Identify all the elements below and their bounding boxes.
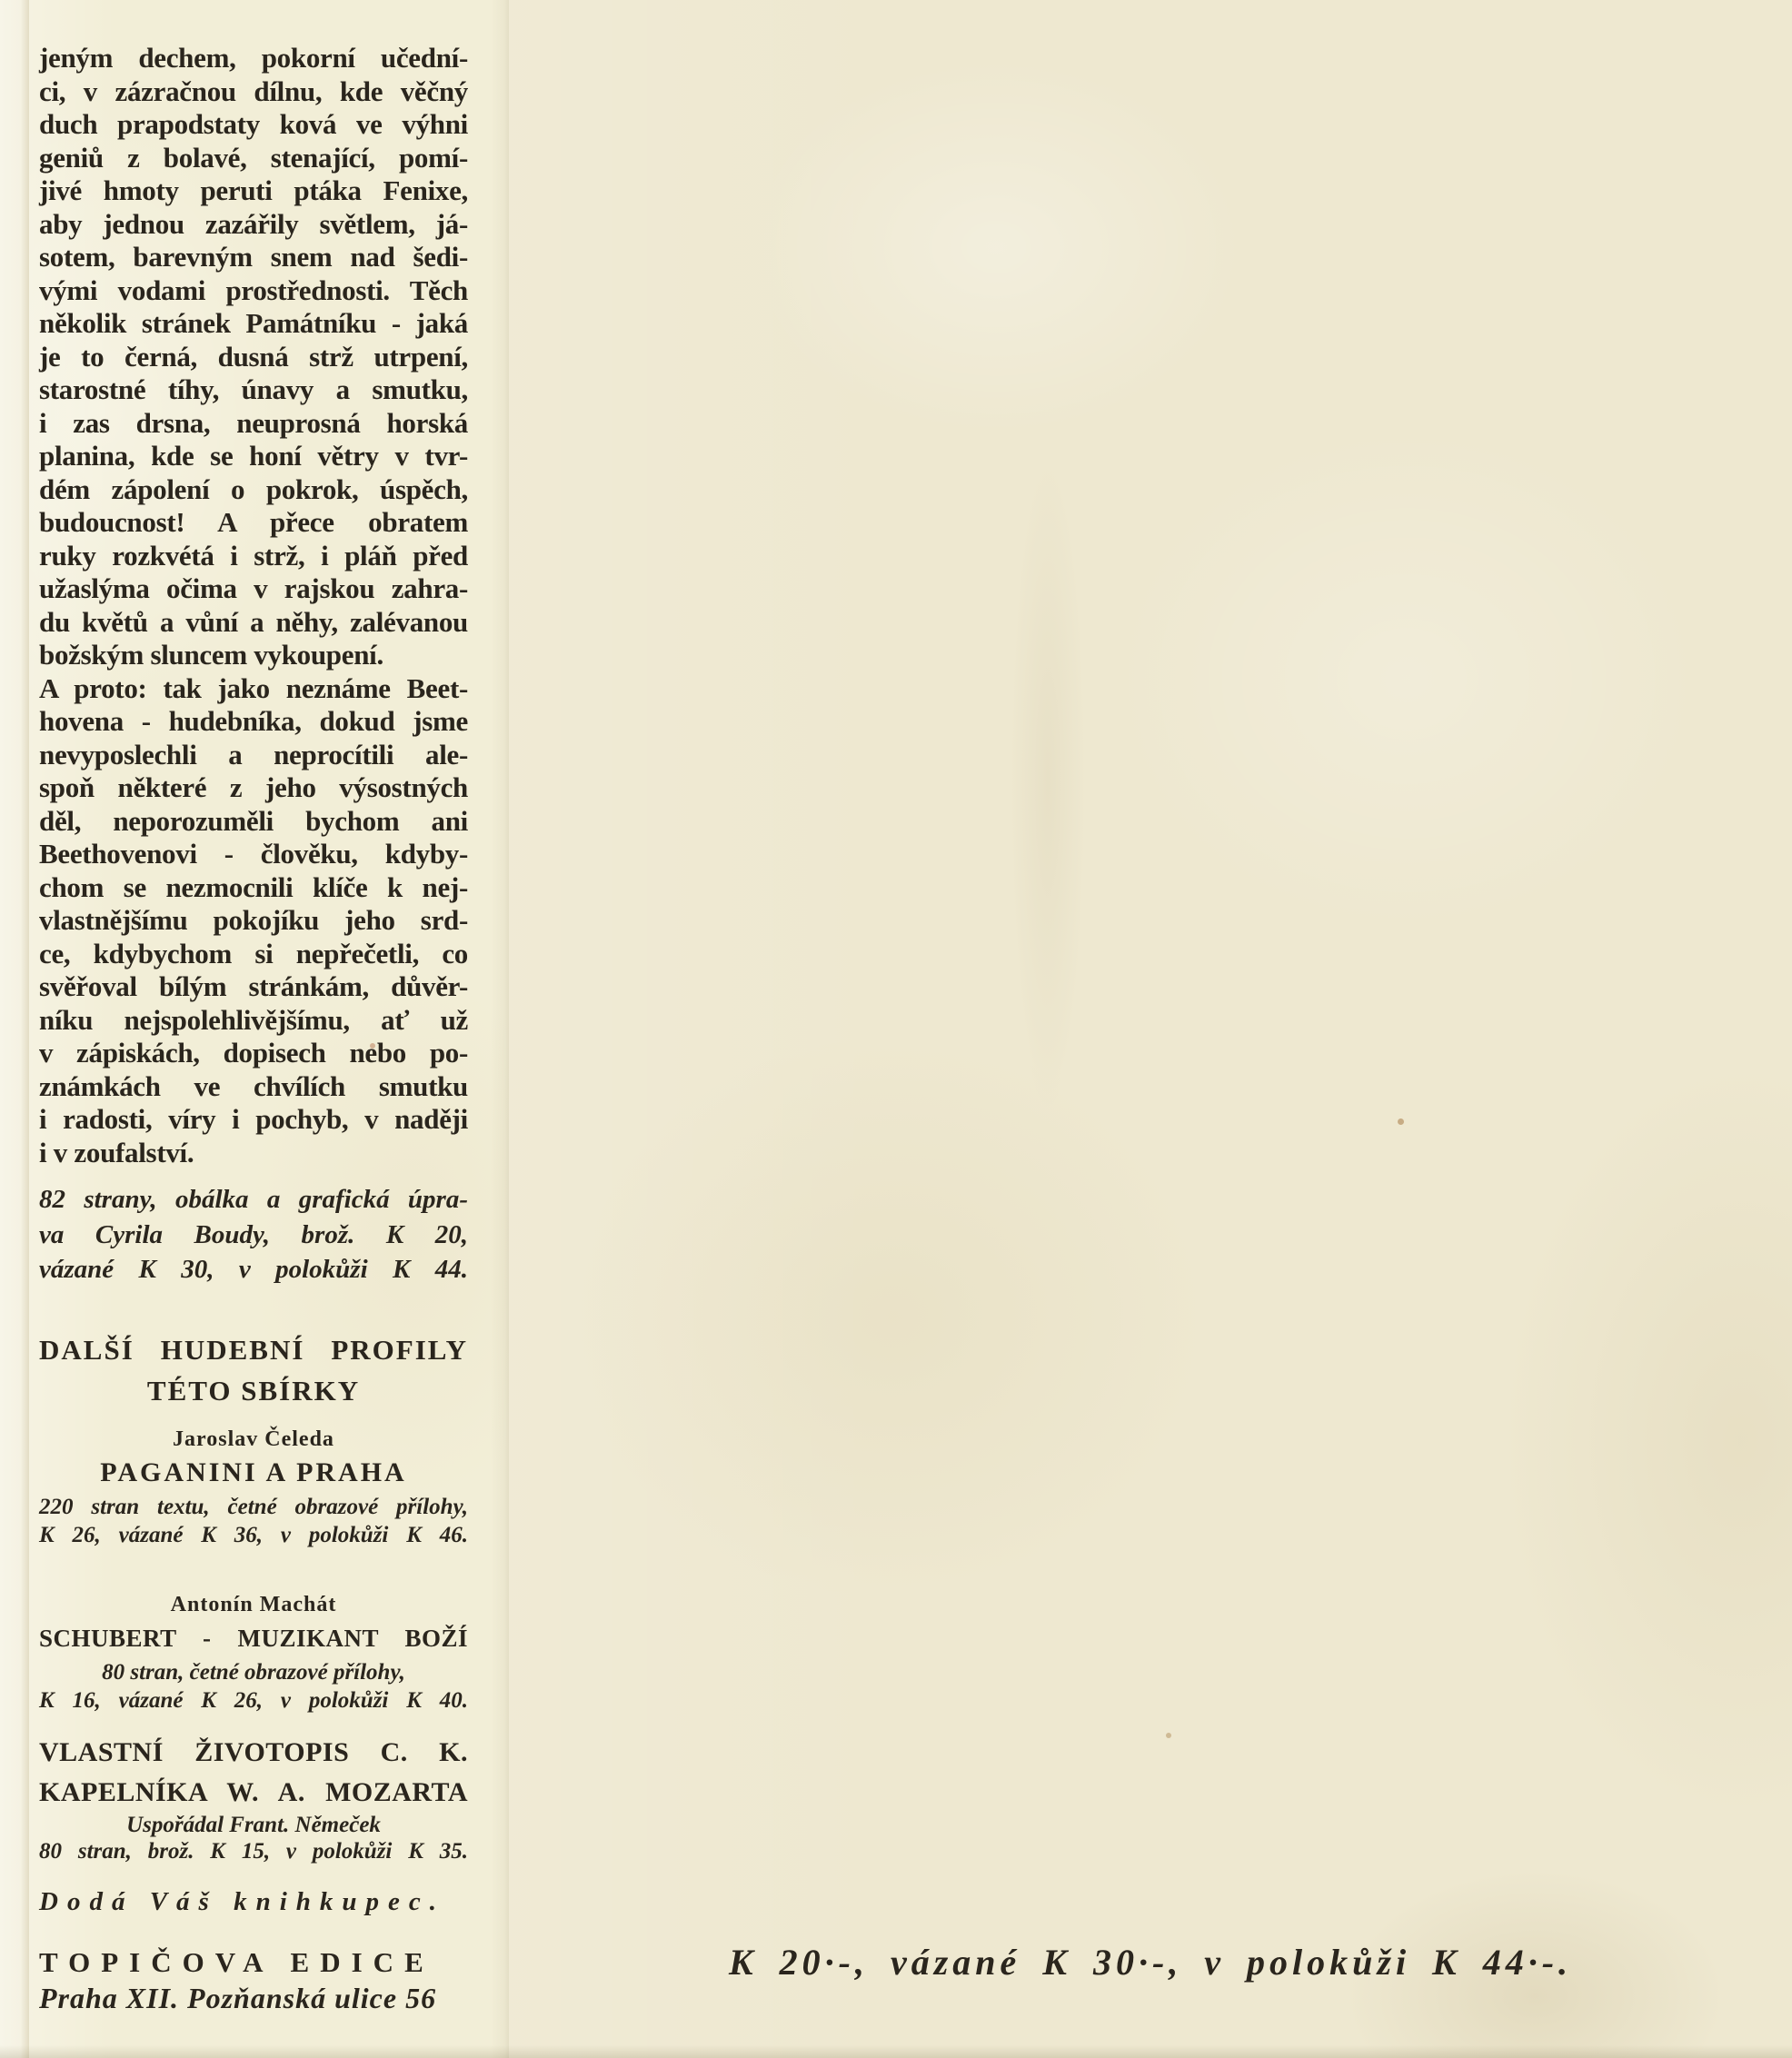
text-line: několik stránek Památníku - jaká xyxy=(39,307,468,341)
text-line: geniů z bolavé, stenající, pomí- xyxy=(39,142,468,175)
text-line: budoucnost! A přece obratem xyxy=(39,506,468,540)
series-heading: DALŠÍ HUDEBNÍ PROFILY TÉTO SBÍRKY xyxy=(39,1329,468,1411)
flap-blurb-paragraph-1: jeným dechem, pokorní učední-ci, v zázra… xyxy=(39,42,468,672)
text-line: aby jednou zazářily světlem, já- xyxy=(39,208,468,242)
text-line: Beethovenovi - člověku, kdyby- xyxy=(39,838,468,871)
text-line: Uspořádal Frant. Němeček xyxy=(39,1813,468,1837)
bookseller-note: Dodá Váš knihkupec. xyxy=(39,1885,468,1918)
text-line: 82 strany, obálka a grafická úpra- xyxy=(39,1182,468,1218)
text-line: božským sluncem vykoupení. xyxy=(39,639,468,672)
text-line: užaslýma očima v rajskou zahra- xyxy=(39,572,468,606)
text-line: 80 stran, četné obrazové přílohy, xyxy=(39,1658,468,1686)
text-line: sotem, barevným snem nad šedi- xyxy=(39,241,468,274)
book-details: 80 stran, četné obrazové přílohy,K 16, v… xyxy=(39,1658,468,1715)
text-line: dém zápolení o pokrok, úspěch, xyxy=(39,473,468,507)
back-price-line: K 20·-, vázané K 30·-, v polokůži K 44·-… xyxy=(509,1937,1792,1988)
flap-text-column: jeným dechem, pokorní učední-ci, v zázra… xyxy=(39,42,468,2014)
text-line: starostné tíhy, únavy a smutku, xyxy=(39,373,468,407)
text-line: duch prapodstaty ková ve výhni xyxy=(39,108,468,142)
book-entry-mozart: VLASTNÍ ŽIVOTOPIS C. K.KAPELNÍKA W. A. M… xyxy=(39,1733,468,1865)
book-author: Jaroslav Čeleda xyxy=(39,1426,468,1453)
text-line: KAPELNÍKA W. A. MOZARTA xyxy=(39,1773,468,1813)
text-line: 80 stran, brož. K 15, v polokůži K 35. xyxy=(39,1837,468,1865)
text-line: K 16, vázané K 26, v polokůži K 40. xyxy=(39,1686,468,1715)
book-details: 220 stran textu, četné obrazové přílohy,… xyxy=(39,1493,468,1549)
book-details: Uspořádal Frant. Němeček80 stran, brož. … xyxy=(39,1813,468,1865)
book-entry-schubert: Antonín Machát SCHUBERT - MUZIKANT BOŽÍ … xyxy=(39,1591,468,1715)
text-line: hovena - hudebníka, dokud jsme xyxy=(39,705,468,739)
text-line: svěřoval bílým stránkám, důvěr- xyxy=(39,970,468,1004)
text-line: ruky rozkvétá i strž, i pláň před xyxy=(39,540,468,573)
text-line: i zas drsna, neuprosná horská xyxy=(39,407,468,441)
text-line: jivé hmoty peruti ptáka Fenixe, xyxy=(39,174,468,208)
text-line: chom se nezmocnili klíče k nej- xyxy=(39,871,468,905)
text-line: v zápiskách, dopisech nebo po- xyxy=(39,1037,468,1070)
text-line: i v zoufalství. xyxy=(39,1137,468,1170)
imprint-name: TOPIČOVA EDICE xyxy=(39,1944,468,1982)
text-line: K 26, vázané K 36, v polokůži K 46. xyxy=(39,1521,468,1549)
book-author: Antonín Machát xyxy=(39,1591,468,1618)
text-line: je to černá, dusná strž utrpení, xyxy=(39,341,468,374)
series-heading-line-2: TÉTO SBÍRKY xyxy=(39,1370,468,1411)
book-jacket-scan: { "flap": { "main_text": { "paragraphs":… xyxy=(0,0,1792,2058)
text-line: A proto: tak jako neznáme Beet- xyxy=(39,672,468,706)
series-heading-line-1: DALŠÍ HUDEBNÍ PROFILY xyxy=(39,1329,468,1370)
text-line: 220 stran textu, četné obrazové přílohy, xyxy=(39,1493,468,1521)
imprint-address: Praha XII. Pozňanská ulice 56 xyxy=(39,1982,468,2014)
text-line: nevyposlechli a neprocítili ale- xyxy=(39,739,468,772)
book-entry-paganini: Jaroslav Čeleda PAGANINI A PRAHA 220 str… xyxy=(39,1426,468,1549)
jacket-left-paper-edge xyxy=(0,0,29,2058)
text-line: planina, kde se honí větry v tvr- xyxy=(39,440,468,473)
jacket-back-panel: K 20·-, vázané K 30·-, v polokůži K 44·-… xyxy=(509,0,1792,2058)
flap-colophon: 82 strany, obálka a grafická úpra-va Cyr… xyxy=(39,1182,468,1287)
text-line: du květů a vůní a něhy, zalévanou xyxy=(39,606,468,640)
text-line: jeným dechem, pokorní učední- xyxy=(39,42,468,75)
text-line: vými vodami prostřednosti. Těch xyxy=(39,274,468,308)
text-line: spoň některé z jeho výsostných xyxy=(39,771,468,805)
text-line: ce, kdybychom si nepřečetli, co xyxy=(39,938,468,971)
text-line: VLASTNÍ ŽIVOTOPIS C. K. xyxy=(39,1733,468,1773)
flap-blurb-paragraph-2: A proto: tak jako neznáme Beet-hovena - … xyxy=(39,672,468,1170)
text-line: vázané K 30, v polokůži K 44. xyxy=(39,1252,468,1287)
book-title: PAGANINI A PRAHA xyxy=(39,1453,468,1493)
text-line: ci, v zázračnou dílnu, kde věčný xyxy=(39,75,468,109)
book-title: VLASTNÍ ŽIVOTOPIS C. K.KAPELNÍKA W. A. M… xyxy=(39,1733,468,1813)
text-line: známkách ve chvílích smutku xyxy=(39,1070,468,1104)
text-line: i radosti, víry i pochyb, v naději xyxy=(39,1103,468,1137)
text-line: vlastnějšímu pokojíku jeho srd- xyxy=(39,904,468,938)
jacket-flap: jeným dechem, pokorní učední-ci, v zázra… xyxy=(29,0,509,2058)
text-line: va Cyrila Boudy, brož. K 20, xyxy=(39,1218,468,1253)
text-line: níku nejspolehlivějšímu, ať už xyxy=(39,1004,468,1038)
text-line: děl, neporozuměli bychom ani xyxy=(39,805,468,839)
book-title: SCHUBERT - MUZIKANT BOŽÍ xyxy=(39,1618,468,1658)
